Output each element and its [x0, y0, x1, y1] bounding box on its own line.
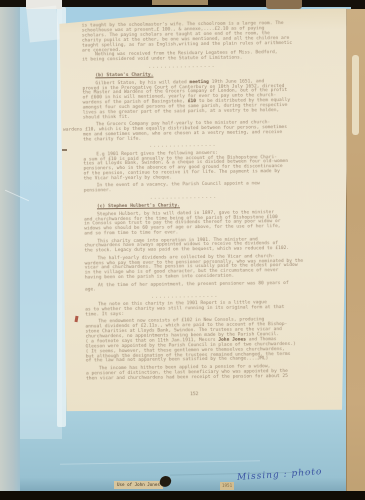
paper-scrap — [26, 6, 59, 43]
photo-background-bottom — [0, 491, 365, 500]
text-line: it being considered void under the Statu… — [82, 56, 298, 64]
paragraph: At the time of her appointment, the pres… — [85, 281, 301, 293]
paragraph: The half-yearly dividends are collected … — [85, 254, 301, 281]
text-line: then vicar and churchwardens had been re… — [86, 374, 302, 382]
paragraph: Stephen Hulbert, by his will dated in 18… — [84, 210, 300, 237]
dotted-separator: ................. — [84, 194, 300, 202]
paragraph: is taught by the schoolmaster's wife. Th… — [82, 22, 298, 64]
page-number: 152 — [86, 392, 302, 400]
paragraph: Gilbert Staton, by his will dated meetin… — [82, 79, 298, 121]
dotted-separator: ................. — [82, 63, 298, 71]
album-page-edge — [0, 7, 20, 492]
dotted-separator: ................. — [85, 294, 301, 302]
caption-label: Use of John Jones — [114, 481, 163, 489]
section-heading: (c) Stephen Hulbert's Charity. — [97, 202, 300, 209]
tissue-interleaf — [20, 7, 62, 439]
section-heading: (b) Staton's Charity. — [95, 71, 298, 78]
text-line: and so from time to time for ever. — [84, 230, 300, 238]
margin-dash — [62, 149, 67, 151]
binding-fragment — [152, 0, 208, 5]
paragraph: The income has hitherto been applied to … — [86, 365, 302, 382]
paragraph: The Grocers Company pay half-yearly to t… — [83, 121, 299, 143]
binding-fragment — [266, 0, 302, 9]
paragraph: The endowment now consists of £102 in Ne… — [85, 318, 302, 365]
paragraph: This charity came into operation in 1901… — [84, 237, 300, 254]
dotted-separator: ................. — [83, 143, 299, 151]
paragraph: E.g 1901 Report gives the following answ… — [83, 150, 299, 182]
paragraph: In the event of a vacancy, the Parish Co… — [84, 182, 300, 194]
binding-highlight — [352, 55, 359, 135]
paragraph: The note on this charity in the 1901 Rep… — [85, 301, 301, 318]
typed-document: is taught by the schoolmaster's wife. Th… — [58, 8, 353, 415]
year-label: 1951 — [220, 482, 234, 490]
document-text: is taught by the schoolmaster's wife. Th… — [82, 22, 303, 402]
